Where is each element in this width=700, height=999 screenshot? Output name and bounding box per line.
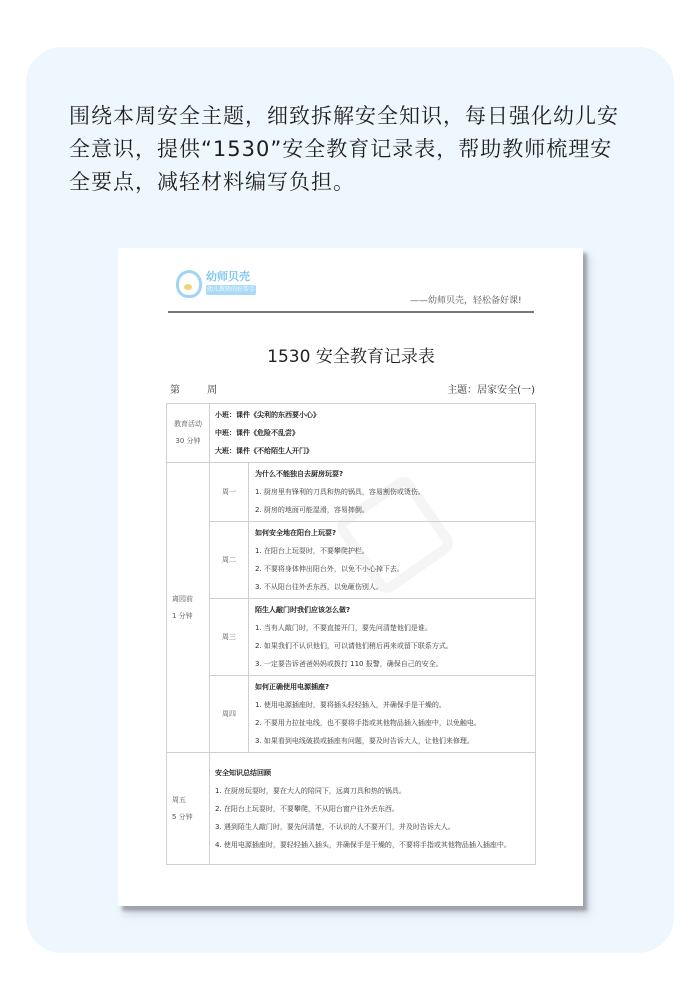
education-item: 小班：课件《尖利的东西要小心》 <box>215 406 530 424</box>
education-label-cell: 教育活动 30 分钟 <box>167 404 210 463</box>
day-point: 1. 当有人敲门时，不要直接开门，要先问清楚他们是谁。 <box>255 619 529 637</box>
day-point: 3. 一定要告诉爸爸妈妈或拨打 110 报警，确保自己的安全。 <box>255 655 529 673</box>
education-item: 中班：课件《危险不乱尝》 <box>215 424 530 442</box>
week-label: 第 周 <box>170 381 229 396</box>
day-point: 2. 不要用力拉扯电线，也不要将手指或其他物品插入插座中，以免触电。 <box>255 714 529 732</box>
day-point: 2. 厨房的地面可能湿滑，容易摔倒。 <box>255 501 529 519</box>
education-item: 大班：课件《不给陌生人开门》 <box>215 442 530 460</box>
header-slogan: ——幼师贝壳，轻松备好课! <box>410 293 522 306</box>
theme-label: 主题：居家安全(一) <box>400 381 535 396</box>
table-row-wednesday: 周三 陌生人敲门时我们应该怎么做? 1. 当有人敲门时，不要直接开门，要先问清楚… <box>167 599 536 676</box>
day-point: 2. 如果我们不认识他们，可以请他们稍后再来或留下联系方式。 <box>255 637 529 655</box>
intro-text: 围绕本周安全主题，细致拆解安全知识，每日强化幼儿安全意识，提供“1530”安全教… <box>69 100 629 199</box>
record-table: 教育活动 30 分钟 小班：课件《尖利的东西要小心》 中班：课件《危险不乱尝》 … <box>166 403 536 865</box>
table-row-thursday: 周四 如何正确使用电源插座? 1. 使用电源插座时，要将插头轻轻插入，并确保手是… <box>167 676 536 753</box>
day-point: 3. 不从阳台往外丢东西，以免砸伤别人。 <box>255 578 529 596</box>
friday-point: 4. 使用电源插座时，要轻轻插入插头，并确保手是干燥的，不要将手指或其他物品插入… <box>215 836 530 854</box>
day-cell: 周二 <box>210 522 249 599</box>
friday-point: 2. 在阳台上玩耍时，不要攀爬，不从阳台窗户往外丢东西。 <box>215 800 530 818</box>
day-content-cell: 如何安全地在阳台上玩耍? 1. 在阳台上玩耍时，不要攀爬护栏。 2. 不要将身体… <box>249 522 536 599</box>
day-cell: 周一 <box>210 463 249 522</box>
day-point: 1. 在阳台上玩耍时，不要攀爬护栏。 <box>255 542 529 560</box>
logo-dot-icon <box>184 284 192 290</box>
table-row-tuesday: 周二 如何安全地在阳台上玩耍? 1. 在阳台上玩耍时，不要攀爬护栏。 2. 不要… <box>167 522 536 599</box>
friday-point: 3. 遇到陌生人敲门时，要先问清楚，不认识的人不要开门，并及时告诉大人。 <box>215 818 530 836</box>
day-point: 2. 不要将身体伸出阳台外，以免不小心掉下去。 <box>255 560 529 578</box>
before-leaving-duration: 1 分钟 <box>172 608 209 625</box>
day-question: 如何安全地在阳台上玩耍? <box>255 524 529 542</box>
day-question: 为什么不能独自去厨房玩耍? <box>255 465 529 483</box>
table-row-friday: 周五 5 分钟 安全知识总结回顾 1. 在厨房玩耍时，要在大人的陪同下，远离刀具… <box>167 753 536 865</box>
table-row-monday: 离园前 1 分钟 周一 为什么不能独自去厨房玩耍? 1. 厨房里有锋利的刀具和热… <box>167 463 536 522</box>
day-question: 如何正确使用电源插座? <box>255 678 529 696</box>
friday-point: 1. 在厨房玩耍时，要在大人的陪同下，远离刀具和热的锅具。 <box>215 782 530 800</box>
before-leaving-label-cell: 离园前 1 分钟 <box>167 463 210 753</box>
friday-duration: 5 分钟 <box>172 809 209 826</box>
friday-label-cell: 周五 5 分钟 <box>167 753 210 865</box>
logo-brand-text: 幼师贝壳 <box>206 268 250 284</box>
brand-logo: 幼师贝壳 幼儿教师的好帮手 <box>176 268 266 302</box>
day-content-cell: 为什么不能独自去厨房玩耍? 1. 厨房里有锋利的刀具和热的锅具，容易割伤或烫伤。… <box>249 463 536 522</box>
friday-content-cell: 安全知识总结回顾 1. 在厨房玩耍时，要在大人的陪同下，远离刀具和热的锅具。 2… <box>210 753 536 865</box>
logo-sub-text: 幼儿教师的好帮手 <box>206 285 256 295</box>
day-point: 1. 厨房里有锋利的刀具和热的锅具，容易割伤或烫伤。 <box>255 483 529 501</box>
day-point: 3. 如果看到电线破损或插座有问题，要及时告诉大人，让他们来修理。 <box>255 732 529 750</box>
day-cell: 周四 <box>210 676 249 753</box>
table-row-education: 教育活动 30 分钟 小班：课件《尖利的东西要小心》 中班：课件《危险不乱尝》 … <box>167 404 536 463</box>
day-cell: 周三 <box>210 599 249 676</box>
friday-heading: 安全知识总结回顾 <box>215 764 530 782</box>
day-content-cell: 如何正确使用电源插座? 1. 使用电源插座时，要将插头轻轻插入，并确保手是干燥的… <box>249 676 536 753</box>
day-question: 陌生人敲门时我们应该怎么做? <box>255 601 529 619</box>
education-label: 教育活动 <box>167 416 209 433</box>
friday-label: 周五 <box>172 792 209 809</box>
day-content-cell: 陌生人敲门时我们应该怎么做? 1. 当有人敲门时，不要直接开门，要先问清楚他们是… <box>249 599 536 676</box>
before-leaving-label: 离园前 <box>172 591 209 608</box>
day-point: 1. 使用电源插座时，要将插头轻轻插入，并确保手是干燥的。 <box>255 696 529 714</box>
document-title: 1530 安全教育记录表 <box>168 342 534 367</box>
education-content-cell: 小班：课件《尖利的东西要小心》 中班：课件《危险不乱尝》 大班：课件《不给陌生人… <box>210 404 536 463</box>
header-divider <box>168 311 534 313</box>
education-duration: 30 分钟 <box>167 433 209 450</box>
